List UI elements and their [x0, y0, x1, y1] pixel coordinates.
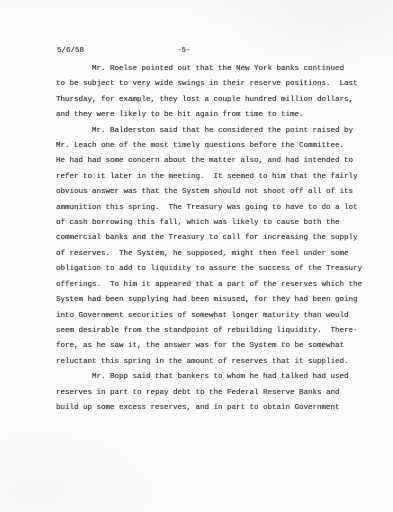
paragraph-2: Mr. Balderston said that he considered t… [56, 124, 362, 371]
text-line: reserves in part to repay debt to the Fe… [56, 386, 362, 401]
text-line: System had been supplying had been misus… [56, 293, 362, 308]
text-line: Thursday, for example, they lost a coupl… [56, 93, 362, 108]
text-line: fore, as he saw it, the answer was for t… [56, 339, 362, 354]
text-line: commercial banks and the Treasury to cal… [56, 231, 362, 246]
text-line: Mr. Bopp said that bankers to whom he ha… [56, 370, 362, 385]
text-line: He had had some concern about the matter… [56, 154, 362, 169]
text-line: offerings. To him it appeared that a par… [56, 278, 362, 293]
text-line: to be subject to very wide swings in the… [56, 77, 362, 92]
text-line: reluctant this spring in the amount of r… [56, 355, 362, 370]
text-line: and they were likely to be hit again fro… [56, 108, 362, 123]
page-content: 5/6/58 -5- Mr. Roelse pointed out that t… [56, 44, 362, 416]
page-header: 5/6/58 -5- [56, 44, 362, 62]
date-label: 5/6/58 [57, 44, 84, 59]
page-number: -5- [177, 44, 191, 59]
paragraph-1: Mr. Roelse pointed out that the New York… [56, 62, 362, 124]
text-line: Mr. Roelse pointed out that the New York… [56, 62, 362, 77]
text-line: ammunition this spring. The Treasury was… [56, 201, 362, 216]
paragraph-3: Mr. Bopp said that bankers to whom he ha… [56, 370, 362, 416]
text-line: of cash borrowing this fall, which was l… [56, 216, 362, 231]
text-line: Mr. Leach one of the most timely questio… [56, 139, 362, 154]
text-line: obligation to add to liquidity to assure… [56, 262, 362, 277]
text-line: seem desirable from the standpoint of re… [56, 324, 362, 339]
document-page: 5/6/58 -5- Mr. Roelse pointed out that t… [0, 0, 393, 512]
text-line: obvious answer was that the System shoul… [56, 185, 362, 200]
text-line: of reserves. The System, he supposed, mi… [56, 247, 362, 262]
text-line: refer to it later in the meeting. It see… [56, 170, 362, 185]
text-line: build up some excess reserves, and in pa… [56, 401, 362, 416]
text-line: Mr. Balderston said that he considered t… [56, 124, 362, 139]
text-line: into Government securities of somewhat l… [56, 309, 362, 324]
